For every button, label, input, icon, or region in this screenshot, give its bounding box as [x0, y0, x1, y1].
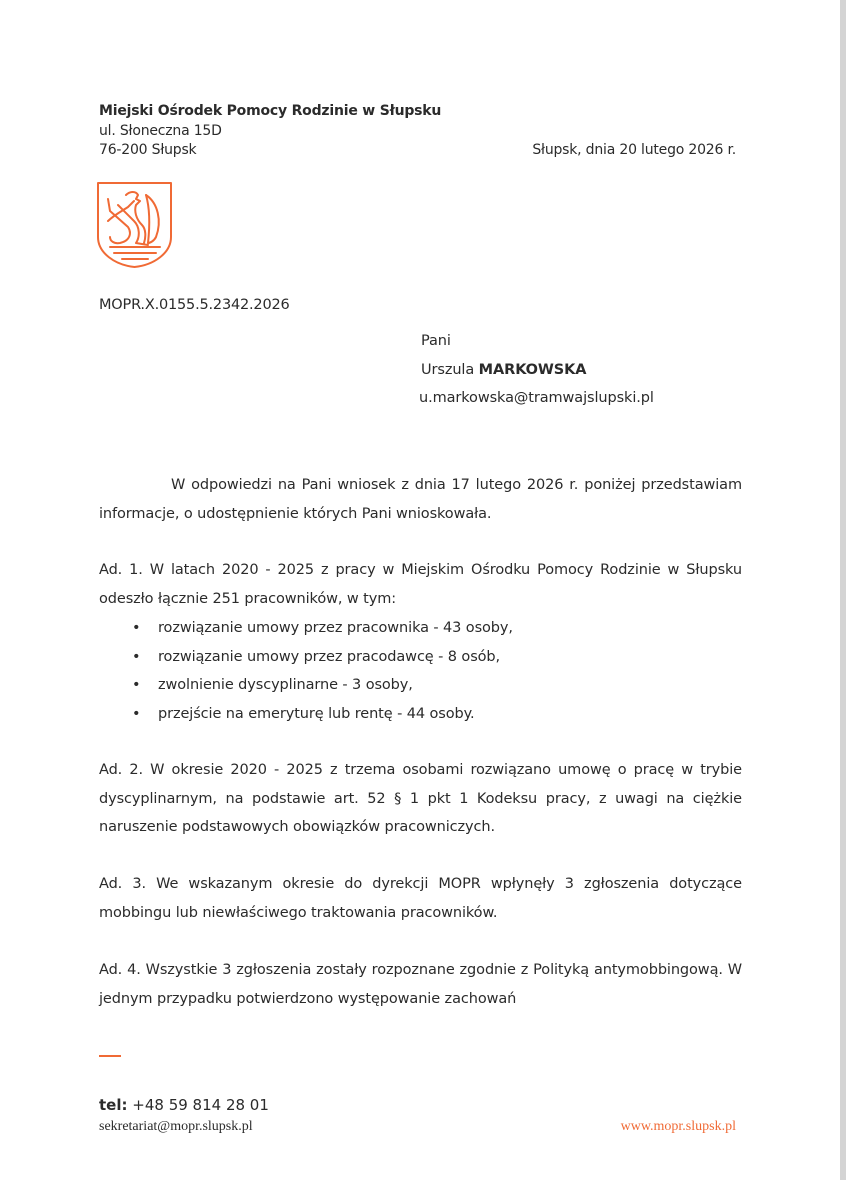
organization-city: 76-200 Słupsk [99, 142, 196, 158]
scrollbar[interactable] [840, 0, 846, 1180]
footer-phone-number: +48 59 814 28 01 [132, 1096, 269, 1114]
answer-2-paragraph: Ad. 2. W okresie 2020 - 2025 z trzema os… [99, 756, 742, 842]
list-item: •zwolnienie dyscyplinarne - 3 osoby, [99, 671, 513, 700]
letter-date: Słupsk, dnia 20 lutego 2026 r. [532, 142, 736, 158]
list-item: •rozwiązanie umowy przez pracownika - 43… [99, 614, 513, 643]
footer-phone: tel: +48 59 814 28 01 [99, 1096, 269, 1114]
organization-street: ul. Słoneczna 15D [99, 123, 222, 139]
intro-text: W odpowiedzi na Pani wniosek z dnia 17 l… [99, 477, 742, 522]
bullet-icon: • [132, 700, 140, 729]
list-item: •rozwiązanie umowy przez pracodawcę - 8 … [99, 643, 513, 672]
list-item: •przejście na emeryturę lub rentę - 44 o… [99, 700, 513, 729]
answer-3-paragraph: Ad. 3. We wskazanym okresie do dyrekcji … [99, 870, 742, 927]
footer-phone-label: tel: [99, 1096, 127, 1114]
letter-page: Miejski Ośrodek Pomocy Rodzinie w Słupsk… [0, 0, 840, 1180]
organization-name: Miejski Ośrodek Pomocy Rodzinie w Słupsk… [99, 103, 441, 119]
answer-1-list: •rozwiązanie umowy przez pracownika - 43… [99, 614, 513, 728]
bullet-icon: • [132, 671, 140, 700]
recipient-first-name: Urszula [421, 362, 474, 378]
recipient-last-name: MARKOWSKA [479, 362, 587, 378]
footer-email[interactable]: sekretariat@mopr.slupsk.pl [99, 1119, 253, 1135]
recipient-salutation: Pani [421, 333, 451, 349]
case-reference-number: MOPR.X.0155.5.2342.2026 [99, 297, 290, 313]
coat-of-arms-griffin-icon [96, 181, 173, 269]
intro-paragraph: W odpowiedzi na Pani wniosek z dnia 17 l… [99, 471, 742, 528]
answer-4-paragraph: Ad. 4. Wszystkie 3 zgłoszenia zostały ro… [99, 956, 742, 1013]
bullet-icon: • [132, 614, 140, 643]
recipient-email: u.markowska@tramwajslupski.pl [419, 390, 654, 406]
footer-accent-rule [99, 1055, 121, 1057]
recipient-name: Urszula MARKOWSKA [421, 362, 586, 378]
footer-website-link[interactable]: www.mopr.slupsk.pl [621, 1119, 736, 1135]
bullet-icon: • [132, 643, 140, 672]
answer-1-paragraph: Ad. 1. W latach 2020 - 2025 z pracy w Mi… [99, 556, 742, 613]
